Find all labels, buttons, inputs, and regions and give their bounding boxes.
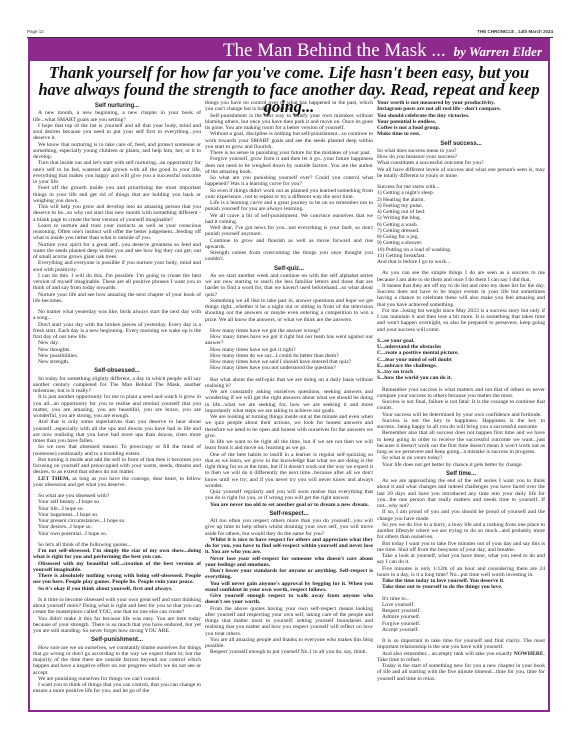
paragraph: But what about the self-quiz that we are…	[205, 377, 373, 390]
paragraph: Respect yourself enough to put yourself …	[205, 649, 373, 655]
paragraph: Your success will be determined by your …	[377, 412, 545, 418]
paragraph: Your life does not get better by chance,…	[377, 462, 545, 468]
article-frame: The Man Behind the Mask ... by Warren El…	[28, 38, 550, 712]
publication-date: THE CHRONICLE , 14th March 2024	[477, 29, 553, 34]
paragraph: You didn't make it this far because life…	[33, 616, 201, 635]
paragraph: Take a look at yourself, what you have d…	[377, 553, 545, 566]
article-columns: Self nurturing... A new month, a new beg…	[33, 100, 545, 707]
paragraph: Nurture your life and see how amazing th…	[33, 292, 201, 305]
quote: Make time to rest.	[377, 131, 545, 137]
paragraph: So yes we do live in a hurry, a busy lif…	[377, 522, 545, 541]
paragraph: We are constantly asking ourselves quest…	[205, 389, 373, 414]
paragraph: One of the best habits to instill in a l…	[205, 452, 373, 490]
column-3: Your worth is not measured by your produ…	[377, 100, 545, 707]
quote: Give yourself enough respect to walk awa…	[205, 593, 373, 606]
paragraph: Remember also that all success does not …	[377, 430, 545, 455]
paragraph: Learn to nurture and trust your instinct…	[33, 223, 201, 242]
paragraph: Without a goal, discipline is nothing bu…	[205, 131, 373, 150]
paragraph: And that is only some superlatives than …	[33, 419, 201, 444]
paragraph: From the above quotes having your own se…	[205, 606, 373, 637]
paragraph: Continue to grow and flourish as well as…	[205, 238, 373, 251]
section-heading: Self-quiz...	[205, 266, 373, 272]
article-title-bar: The Man Behind the Mask ... by Warren El…	[30, 40, 548, 61]
paragraph: As we are approaching the end of the sel…	[377, 478, 545, 509]
paragraph: I hope that top of the list is yourself …	[33, 123, 201, 142]
paragraph: And also remember... an empty tank will …	[377, 651, 545, 664]
quote: I'm not self-obsessed, I'm simply the st…	[33, 548, 201, 561]
paragraph: things you have no control over or what …	[205, 100, 373, 113]
paragraph: I can do this. I will do this. I'm possi…	[33, 273, 201, 292]
paragraph: Strength comes from overcoming the thing…	[205, 250, 373, 263]
paragraph: So today for something slightly differen…	[33, 376, 201, 395]
paragraph: Turn that inside out and let's start wit…	[33, 160, 201, 185]
paragraph: We all have different levels of success …	[377, 167, 545, 180]
list-item: New strength.	[33, 359, 201, 365]
paragraph: Everything and everyone is possible if y…	[33, 260, 201, 273]
paragraph: Today is the start of something new for …	[377, 663, 545, 682]
paragraph: I want you to think of things that you c…	[33, 682, 201, 695]
paragraph: Five minutes is only 1/12th of an hour a…	[377, 566, 545, 579]
paragraph: This will help you grow and develop into…	[33, 204, 201, 223]
paragraph: As we start another week and continue on…	[205, 273, 373, 298]
paragraph: You are all amazing people and thanks to…	[205, 637, 373, 650]
quote: There is absolutely nothing wrong with b…	[33, 573, 201, 586]
paragraph: But turning it inside and add the self i…	[33, 457, 201, 476]
section-heading: Self success...	[377, 141, 545, 147]
paragraph: Nurture your spirit for a great self...y…	[33, 242, 201, 261]
paragraph: All too often you respect others more th…	[205, 518, 373, 537]
paragraph: Success is not the key to happiness. Hap…	[377, 418, 545, 431]
quote: You are never too old to set another goa…	[205, 502, 373, 508]
section-heading: Self-punishment...	[33, 637, 201, 643]
section-heading: Self-obsessed...	[33, 368, 201, 374]
paragraph: It means that they are off my to do list…	[377, 283, 545, 308]
paragraph: Remember your success is what matters an…	[377, 387, 545, 400]
paragraph: A new month, a new beginning, a new chap…	[33, 110, 201, 123]
quote: You will never gain anyone's approval by…	[205, 581, 373, 594]
paragraph: We are looking at turning things inside …	[205, 414, 373, 439]
page-number: Page 12	[27, 29, 44, 34]
paragraph: So what are you punishing yourself over?…	[205, 175, 373, 188]
emphasis: LET THEM,	[38, 476, 70, 482]
section-heading: Self time...	[377, 471, 545, 477]
paragraph: It is just another opportunity for me to…	[33, 394, 201, 419]
paragraph: Quiz yourself regularly and you will soo…	[205, 489, 373, 502]
column-2: things you have no control over or what …	[205, 100, 373, 707]
section-heading: Self-respect...	[205, 511, 373, 517]
paragraph: Success is not final, failure is not fat…	[377, 399, 545, 412]
paragraph: Don't start your day with the broken pie…	[33, 322, 201, 341]
section-heading: Self nurturing...	[33, 103, 201, 109]
quote: Whilst it is nice to have respect for ot…	[205, 537, 373, 556]
paragraph: LET THEM, as long as you have the courag…	[33, 476, 201, 489]
paragraph: But today I want you to take five minute…	[377, 541, 545, 554]
paragraph: We all crave a bit of self-punishment. W…	[205, 213, 373, 226]
paragraph: As you can see the simple things I do ar…	[377, 270, 545, 283]
article-byline: by Warren Elder	[454, 44, 542, 59]
paragraph: Self-punishment is the best way to satis…	[205, 113, 373, 132]
column-1: Self nurturing... A new month, a new beg…	[33, 100, 201, 707]
paragraph: How sore are we on ourselves, we constan…	[33, 645, 201, 676]
quote: Obsessed with my beautiful self...creati…	[33, 561, 201, 574]
quote: Never lose your self-respect for someone…	[205, 556, 373, 569]
article-title: The Man Behind the Mask ...	[223, 40, 446, 61]
list-item: How many times have we got it right but …	[205, 334, 373, 347]
page-header: Page 12 THE CHRONICLE , 14th March 2024	[27, 29, 553, 38]
paragraph: Forgive yourself, grow from it and then …	[205, 156, 373, 175]
paragraph: Something we all like to take part in, a…	[205, 298, 373, 323]
paragraph: Well dear, I've got news for you...not e…	[205, 225, 373, 238]
paragraph: It is so important to take time for your…	[377, 638, 545, 651]
paragraph: In life we want to be right all the time…	[205, 439, 373, 452]
paragraph: No matter what yesterday was like, birds…	[33, 309, 201, 322]
paragraph: We know that nurturing is to take care o…	[33, 142, 201, 161]
emphasis: NOWHERE	[514, 651, 544, 657]
paragraph: So even if things didn't work out as pla…	[205, 188, 373, 201]
paragraph: Feed off the growth inside you and prior…	[33, 185, 201, 204]
paragraph: Is it time to become obsessed with your …	[33, 597, 201, 616]
quote: Don't lower your standards for anyone or…	[205, 568, 373, 581]
paragraph: Life is a learning curve and a great jou…	[205, 200, 373, 213]
paragraph: If so, I am proud of you and you should …	[377, 509, 545, 522]
paragraph: So we now that obsessed means: To preocc…	[33, 444, 201, 457]
paragraph: For me...losing bst weight since May 202…	[377, 308, 545, 333]
